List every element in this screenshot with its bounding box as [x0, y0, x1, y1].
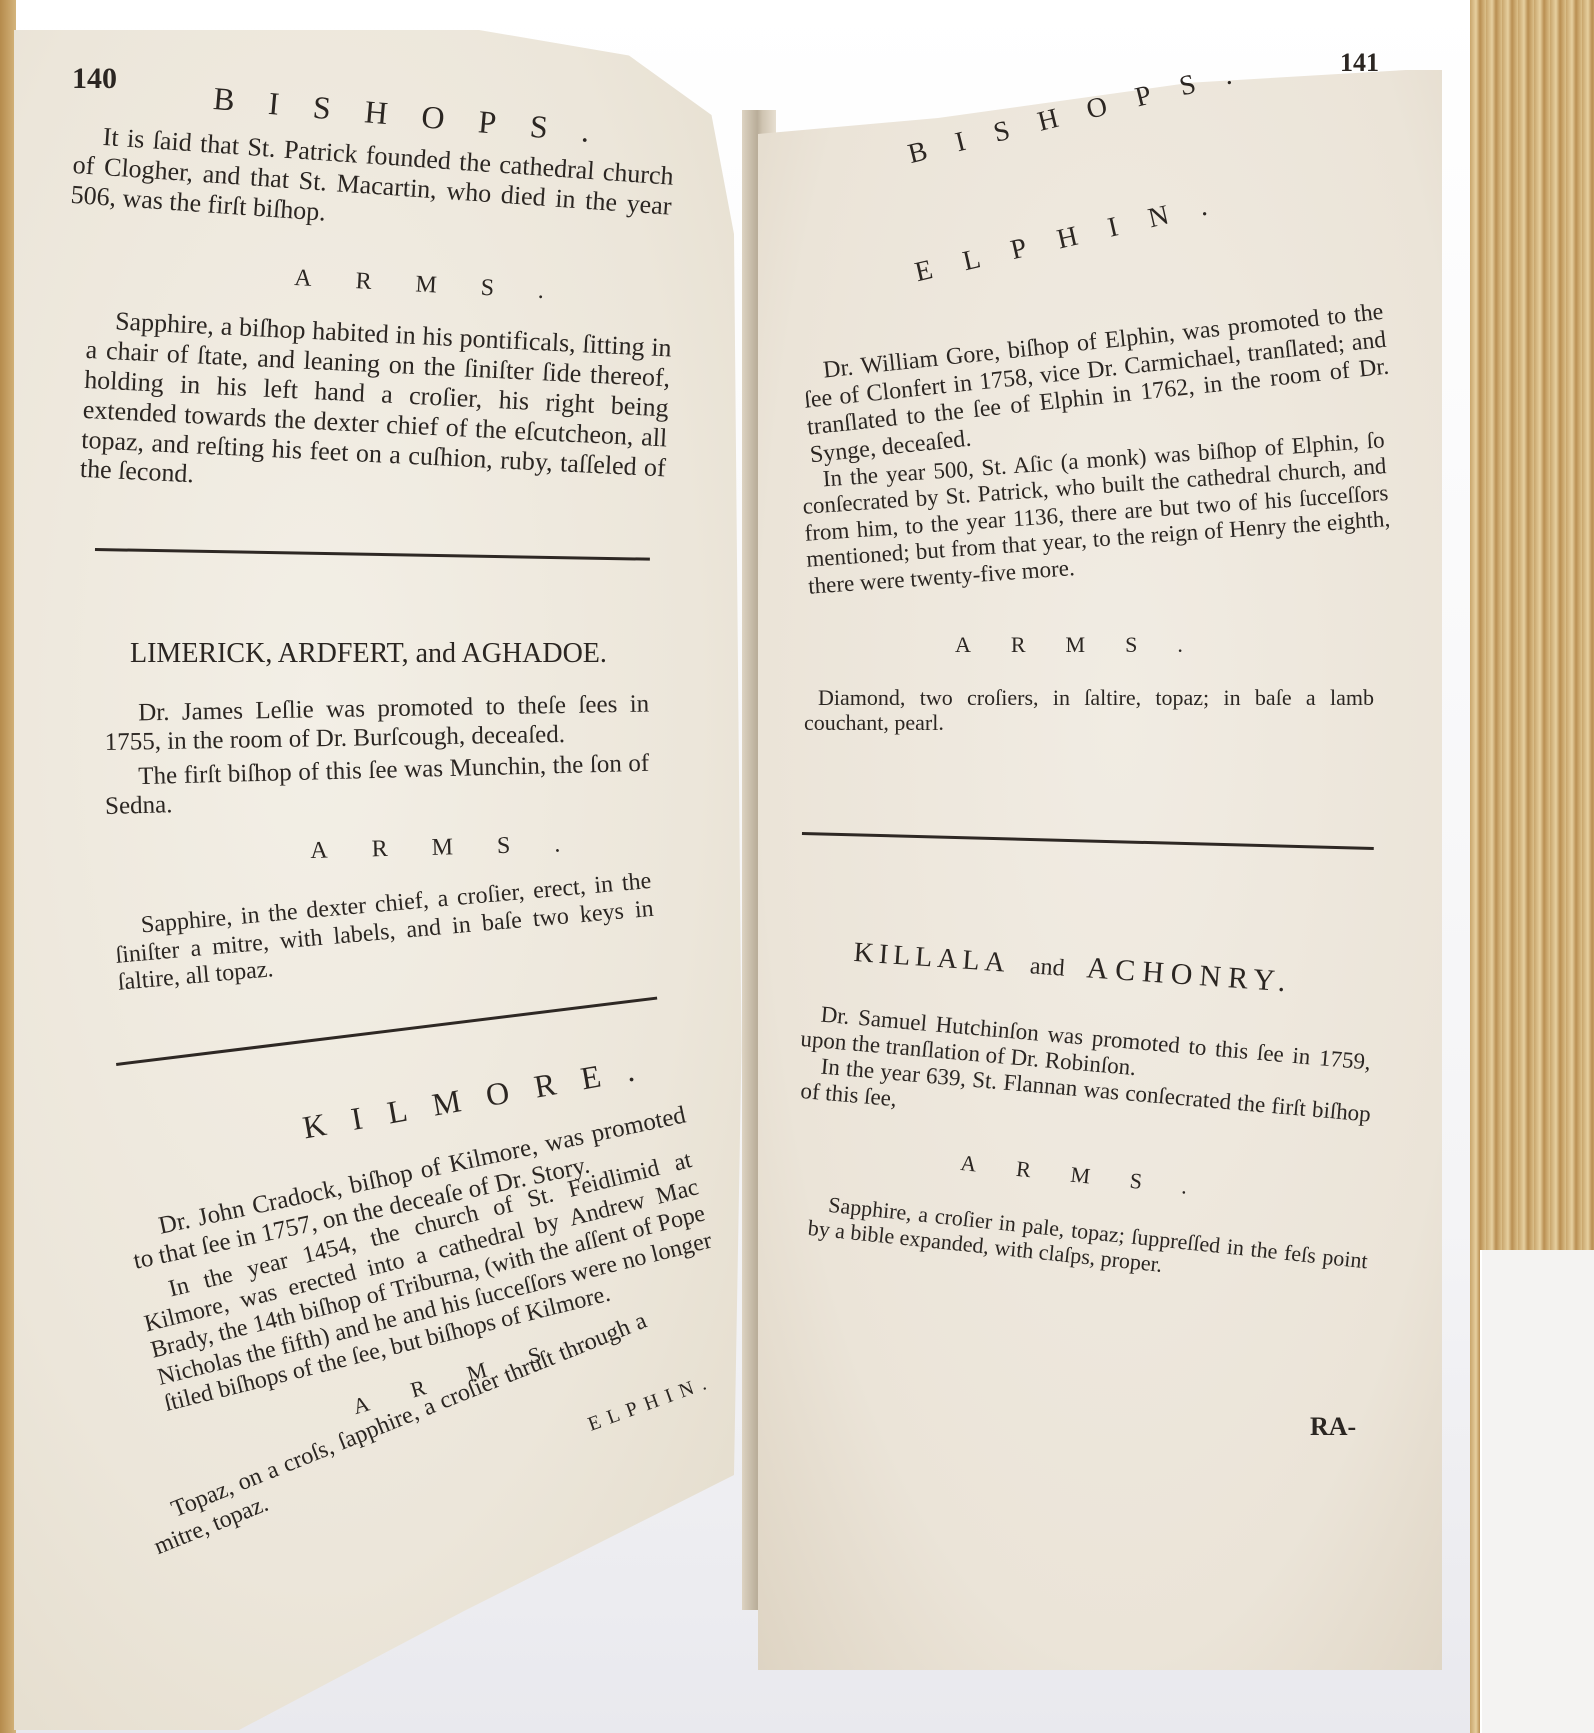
- limerick-section-title: LIMERICK, ARDFERT, and AGHADOE.: [130, 638, 607, 670]
- killala-title-and: and: [1029, 953, 1065, 981]
- right-catchword: RA-: [1310, 1412, 1356, 1442]
- right-page-number: 141: [1340, 48, 1379, 78]
- arms-text-elphin: Diamond, two croſiers, in ſaltire, topaz…: [804, 685, 1374, 736]
- bookmark-slip: [1480, 1250, 1594, 1733]
- arms-heading-elphin: ARMS.: [955, 632, 1223, 658]
- arms-text-clogher: Sapphire, a biſhop habited in his pontif…: [79, 305, 672, 513]
- limerick-paragraph-1: Dr. James Leſlie was promoted to theſe ſ…: [104, 690, 650, 757]
- left-page-number: 140: [72, 62, 117, 96]
- book-cover-edge-left: [0, 0, 16, 1733]
